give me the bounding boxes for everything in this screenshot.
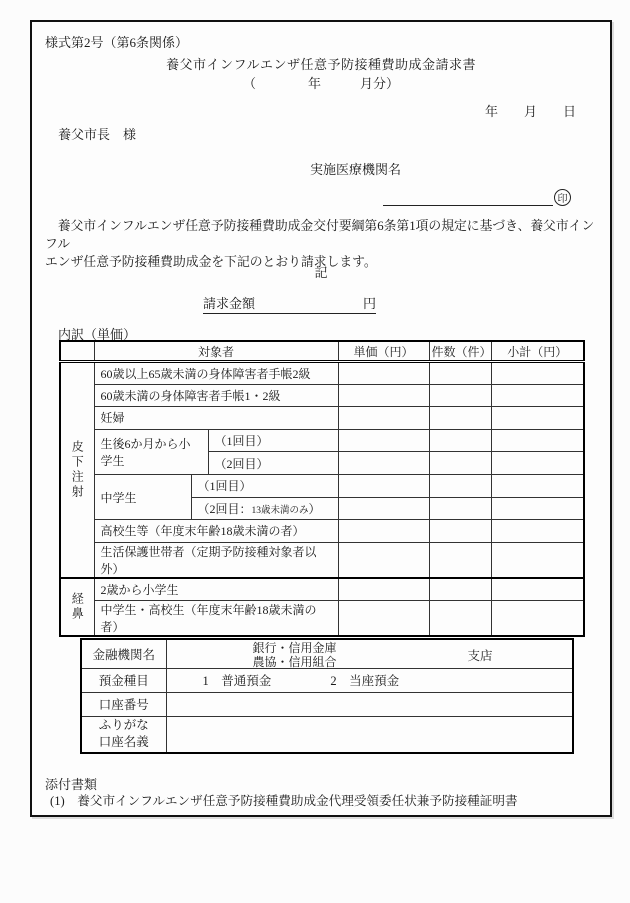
- table-row: 中学生・高校生（年度末年齢18歳未満の者）: [60, 600, 584, 636]
- table-row: 生活保護世帯者（定期予防接種対象者以外）: [60, 542, 584, 578]
- count-input-cell[interactable]: [429, 384, 491, 407]
- subtotal-input-cell[interactable]: [491, 600, 584, 636]
- notation-ki: 記: [32, 262, 610, 281]
- header-empty-cell: [60, 341, 94, 362]
- account-number-input-cell[interactable]: [166, 692, 573, 716]
- count-input-cell[interactable]: [429, 362, 491, 385]
- deposit-option-current: 2 当座預金: [330, 674, 399, 688]
- unit-price-input-cell[interactable]: [338, 600, 429, 636]
- table-row: 60歳未満の身体障害者手帳1・2級: [60, 384, 584, 407]
- header-unit-price: 単価（円）: [338, 341, 429, 362]
- unit-price-input-cell[interactable]: [338, 520, 429, 543]
- row-label-disabled-under60: 60歳未満の身体障害者手帳1・2級: [94, 384, 338, 407]
- count-input-cell[interactable]: [429, 542, 491, 578]
- unit-price-input-cell[interactable]: [338, 407, 429, 430]
- count-input-cell[interactable]: [429, 429, 491, 452]
- institution-label: 金融機関名: [81, 639, 166, 668]
- row-label-high-school: 高校生等（年度末年齢18歳未満の者）: [94, 520, 338, 543]
- row-label-infant: 生後6か月から小学生: [94, 429, 208, 474]
- count-input-cell[interactable]: [429, 474, 491, 497]
- row-label-nasal-student: 中学生・高校生（年度末年齢18歳未満の者）: [94, 600, 338, 636]
- row-label-infant-dose1: （1回目）: [208, 429, 338, 452]
- breakdown-table: 対象者 単価（円） 件数（件） 小計（円） 皮下注射 60歳以上65歳未満の身体…: [59, 340, 585, 637]
- clinic-name-label: 実施医療機関名: [310, 159, 401, 178]
- unit-price-input-cell[interactable]: [338, 384, 429, 407]
- claim-amount-line: 請求金額円: [203, 293, 376, 312]
- deposit-type-input-cell[interactable]: 1 普通預金 2 当座預金: [166, 668, 573, 692]
- table-row: 口座番号: [81, 692, 573, 716]
- clinic-name-blank[interactable]: [383, 188, 553, 206]
- bank-account-table: 金融機関名 銀行・信用金庫 農協・信用組合 支店 預金種目 1 普通預金 2 当…: [80, 638, 574, 754]
- breakdown-header-row: 対象者 単価（円） 件数（件） 小計（円）: [60, 341, 584, 362]
- group-nasal-label: 経鼻: [71, 592, 83, 622]
- table-row: 預金種目 1 普通預金 2 当座預金: [81, 668, 573, 692]
- row-label-junior-high-dose2: （2回目：13歳未満のみ）: [191, 497, 338, 520]
- row-label-nasal-child: 2歳から小学生: [94, 578, 338, 601]
- document-title-period-blank: （ 年 月分）: [32, 73, 610, 92]
- subtotal-input-cell[interactable]: [491, 497, 584, 520]
- dose2-age-note: 13歳未満のみ: [252, 506, 309, 516]
- row-label-disabled-60-65: 60歳以上65歳未満の身体障害者手帳2級: [94, 362, 338, 385]
- table-row: 生後6か月から小学生 （1回目）: [60, 429, 584, 452]
- subtotal-input-cell[interactable]: [491, 452, 584, 475]
- account-holder-input-cell[interactable]: [166, 716, 573, 753]
- subtotal-input-cell[interactable]: [491, 578, 584, 601]
- row-label-welfare: 生活保護世帯者（定期予防接種対象者以外）: [94, 542, 338, 578]
- count-input-cell[interactable]: [429, 452, 491, 475]
- attachments-item-1: (1) 養父市インフルエンザ任意予防接種費助成金代理受領委任状兼予防接種証明書: [50, 790, 518, 809]
- row-label-junior-high: 中学生: [94, 474, 191, 519]
- row-label-junior-high-dose1: （1回目）: [191, 474, 338, 497]
- subtotal-input-cell[interactable]: [491, 474, 584, 497]
- unit-price-input-cell[interactable]: [338, 578, 429, 601]
- account-number-label: 口座番号: [81, 692, 166, 716]
- claim-amount-unit: 円: [363, 296, 376, 311]
- row-label-pregnant: 妊婦: [94, 407, 338, 430]
- group-hypodermic-label: 皮下注射: [71, 440, 83, 500]
- form-number: 様式第2号（第6条関係）: [45, 32, 188, 51]
- count-input-cell[interactable]: [429, 520, 491, 543]
- count-input-cell[interactable]: [429, 497, 491, 520]
- header-subtotal: 小計（円）: [491, 341, 584, 362]
- branch-label: 支店: [468, 646, 493, 664]
- table-row: 皮下注射 60歳以上65歳未満の身体障害者手帳2級: [60, 362, 584, 385]
- table-row: 金融機関名 銀行・信用金庫 農協・信用組合 支店: [81, 639, 573, 668]
- header-count: 件数（件）: [429, 341, 491, 362]
- subtotal-input-cell[interactable]: [491, 520, 584, 543]
- count-input-cell[interactable]: [429, 407, 491, 430]
- table-row: 経鼻 2歳から小学生: [60, 578, 584, 601]
- account-holder-label: ふりがな 口座名義: [81, 716, 166, 753]
- unit-price-input-cell[interactable]: [338, 474, 429, 497]
- deposit-option-ordinary: 1 普通預金: [203, 674, 272, 688]
- unit-price-input-cell[interactable]: [338, 429, 429, 452]
- document-title: 養父市インフルエンザ任意予防接種費助成金請求書: [32, 54, 610, 73]
- seal-mark-glyph: 印: [558, 190, 568, 205]
- subtotal-input-cell[interactable]: [491, 542, 584, 578]
- row-label-infant-dose2: （2回目）: [208, 452, 338, 475]
- subtotal-input-cell[interactable]: [491, 429, 584, 452]
- addressee: 養父市長 様: [58, 124, 136, 143]
- date-blank-line: 年 月 日: [485, 101, 576, 120]
- subtotal-input-cell[interactable]: [491, 362, 584, 385]
- unit-price-input-cell[interactable]: [338, 542, 429, 578]
- group-nasal: 経鼻: [60, 578, 94, 636]
- unit-price-input-cell[interactable]: [338, 362, 429, 385]
- header-target: 対象者: [94, 341, 338, 362]
- table-row: 高校生等（年度末年齢18歳未満の者）: [60, 520, 584, 543]
- clinic-signature-line: 印: [383, 188, 571, 208]
- institution-type-options: 銀行・信用金庫 農協・信用組合: [247, 641, 343, 668]
- form-page: 様式第2号（第6条関係） 養父市インフルエンザ任意予防接種費助成金請求書 （ 年…: [30, 20, 612, 817]
- deposit-type-label: 預金種目: [81, 668, 166, 692]
- institution-input-cell[interactable]: 銀行・信用金庫 農協・信用組合 支店: [166, 639, 573, 668]
- count-input-cell[interactable]: [429, 600, 491, 636]
- subtotal-input-cell[interactable]: [491, 407, 584, 430]
- claim-amount-label: 請求金額: [203, 296, 255, 311]
- seal-mark-icon: 印: [554, 189, 571, 206]
- unit-price-input-cell[interactable]: [338, 452, 429, 475]
- group-hypodermic-injection: 皮下注射: [60, 362, 94, 578]
- subtotal-input-cell[interactable]: [491, 384, 584, 407]
- table-row: 中学生 （1回目）: [60, 474, 584, 497]
- count-input-cell[interactable]: [429, 578, 491, 601]
- unit-price-input-cell[interactable]: [338, 497, 429, 520]
- table-row: ふりがな 口座名義: [81, 716, 573, 753]
- table-row: 妊婦: [60, 407, 584, 430]
